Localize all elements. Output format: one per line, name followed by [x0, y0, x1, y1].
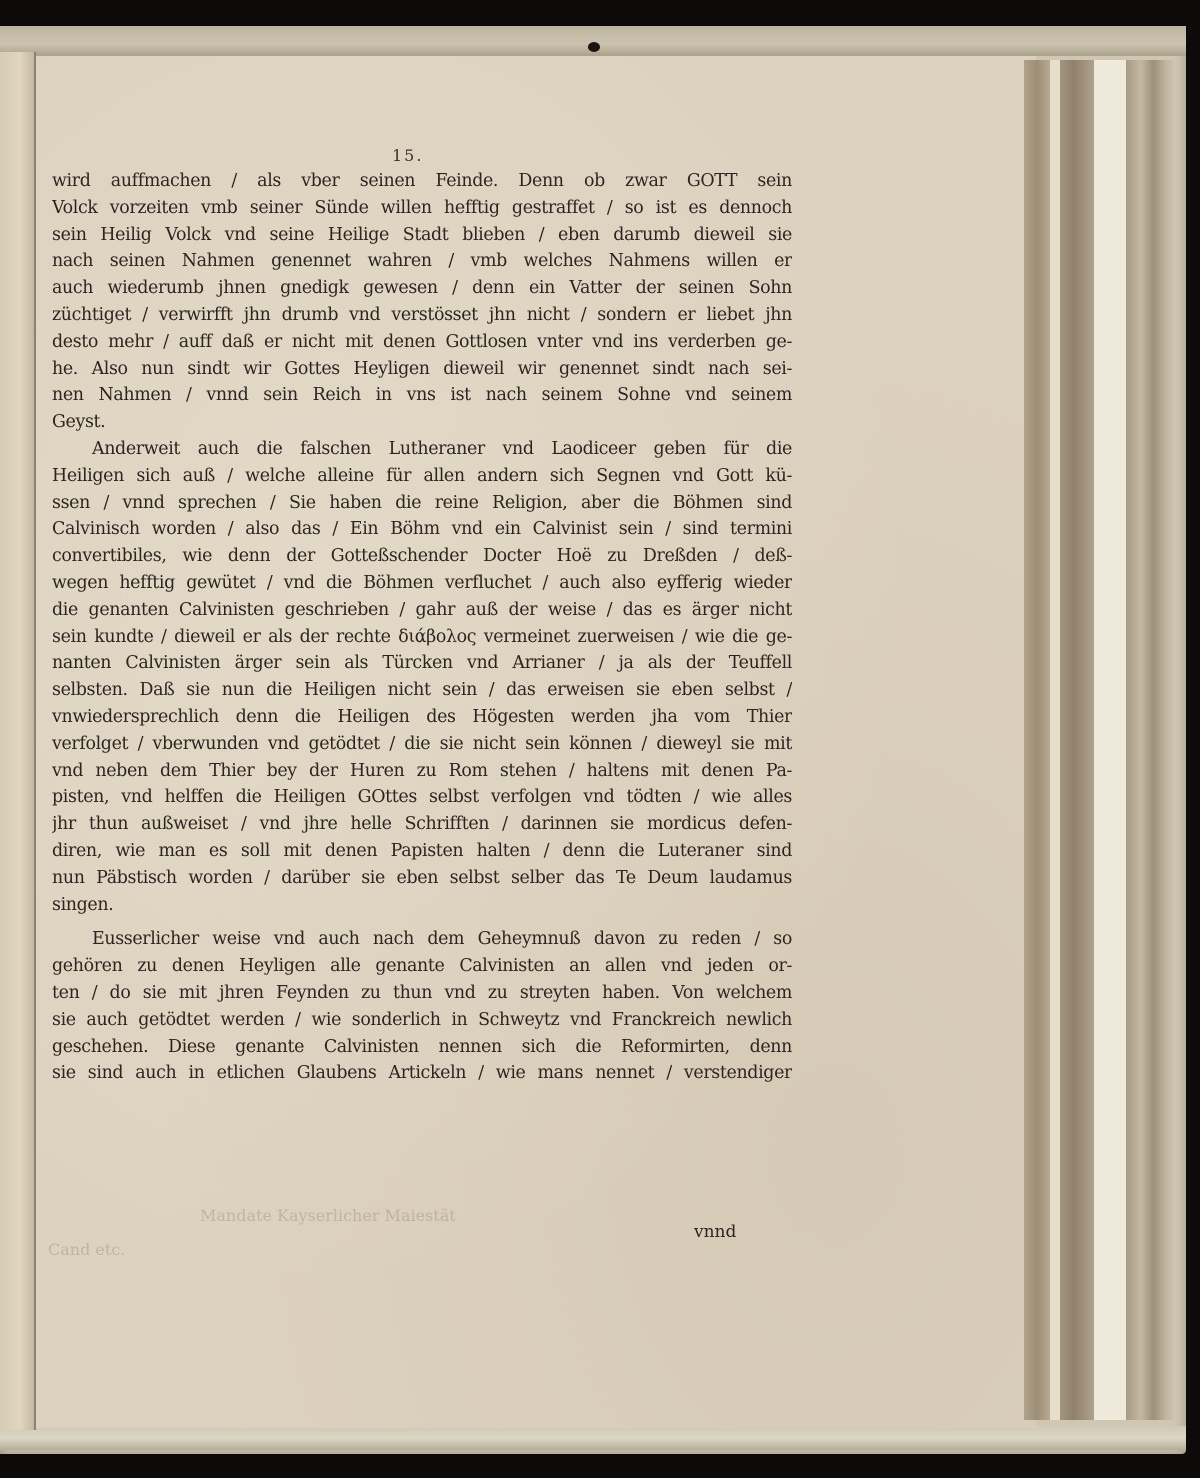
fore-edge-layer: [1050, 60, 1060, 1420]
text-line: desto mehr / auff daß er nicht mit denen…: [52, 329, 792, 356]
text-line: vnwiedersprechlich denn die Heiligen des…: [52, 704, 792, 731]
text-line: Anderweit auch die falschen Lutheraner v…: [52, 436, 792, 463]
text-line: pisten, vnd helffen die Heiligen GOttes …: [52, 784, 792, 811]
text-line: sein Heilig Volck vnd seine Heilige Stad…: [52, 222, 792, 249]
text-line: Volck vorzeiten vmb seiner Sünde willen …: [52, 195, 792, 222]
paragraph-gap: [52, 918, 792, 926]
page-number: 15.: [392, 146, 423, 165]
fore-edge-layer: [1094, 60, 1126, 1420]
text-line: Eusserlicher weise vnd auch nach dem Geh…: [52, 926, 792, 953]
fore-edge-layer: [1126, 60, 1176, 1420]
bleed-through-text: Mandate Kayserlicher Maiestät: [200, 1206, 456, 1225]
binding-hole-icon: [588, 42, 600, 52]
text-line: wegen hefftig gewütet / vnd die Böhmen v…: [52, 570, 792, 597]
text-block: wird auffmachen / als vber seinen Feinde…: [52, 168, 792, 1087]
left-page-edge: [0, 52, 36, 1430]
text-line: geschehen. Diese genante Calvinisten nen…: [52, 1034, 792, 1061]
text-line: gehören zu denen Heyligen alle genante C…: [52, 953, 792, 980]
text-line: auch wiederumb jhnen gnedigk gewesen / d…: [52, 275, 792, 302]
cover-bottom-edge: [0, 1426, 1186, 1450]
text-line: Heiligen sich auß / welche alleine für a…: [52, 463, 792, 490]
text-line: ten / do sie mit jhren Feynden zu thun v…: [52, 980, 792, 1007]
bleed-through-text: Cand etc.: [48, 1240, 125, 1259]
text-line: convertibiles, wie denn der Gotteßschend…: [52, 543, 792, 570]
fore-edge-layer: [1024, 60, 1050, 1420]
text-line: singen.: [52, 892, 792, 919]
text-line: sie auch getödtet werden / wie sonderlic…: [52, 1007, 792, 1034]
text-line: he. Also nun sindt wir Gottes Heyligen d…: [52, 356, 792, 383]
fore-edge-layer: [1060, 60, 1094, 1420]
text-line: nen Nahmen / vnnd sein Reich in vns ist …: [52, 382, 792, 409]
text-line: Calvinisch worden / also das / Ein Böhm …: [52, 516, 792, 543]
text-line: die genanten Calvinisten geschrieben / g…: [52, 597, 792, 624]
text-line: verfolget / vberwunden vnd getödtet / di…: [52, 731, 792, 758]
text-line: sie sind auch in etlichen Glaubens Artic…: [52, 1060, 792, 1087]
text-line: nach seinen Nahmen genennet wahren / vmb…: [52, 248, 792, 275]
text-line: nanten Calvinisten ärger sein als Türcke…: [52, 650, 792, 677]
text-line: sein kundte / dieweil er als der rechte …: [52, 624, 792, 651]
text-line: nun Päbstisch worden / darüber sie eben …: [52, 865, 792, 892]
text-line: jhr thun außweiset / vnd jhre helle Schr…: [52, 811, 792, 838]
text-line: ssen / vnnd sprechen / Sie haben die rei…: [52, 490, 792, 517]
text-line: züchtiget / verwirfft jhn drumb vnd vers…: [52, 302, 792, 329]
text-line: wird auffmachen / als vber seinen Feinde…: [52, 168, 792, 195]
text-line: diren, wie man es soll mit denen Papiste…: [52, 838, 792, 865]
text-line: selbsten. Daß sie nun die Heiligen nicht…: [52, 677, 792, 704]
text-line: vnd neben dem Thier bey der Huren zu Rom…: [52, 758, 792, 785]
catchword: vnnd: [694, 1222, 736, 1242]
text-line: Geyst.: [52, 409, 792, 436]
